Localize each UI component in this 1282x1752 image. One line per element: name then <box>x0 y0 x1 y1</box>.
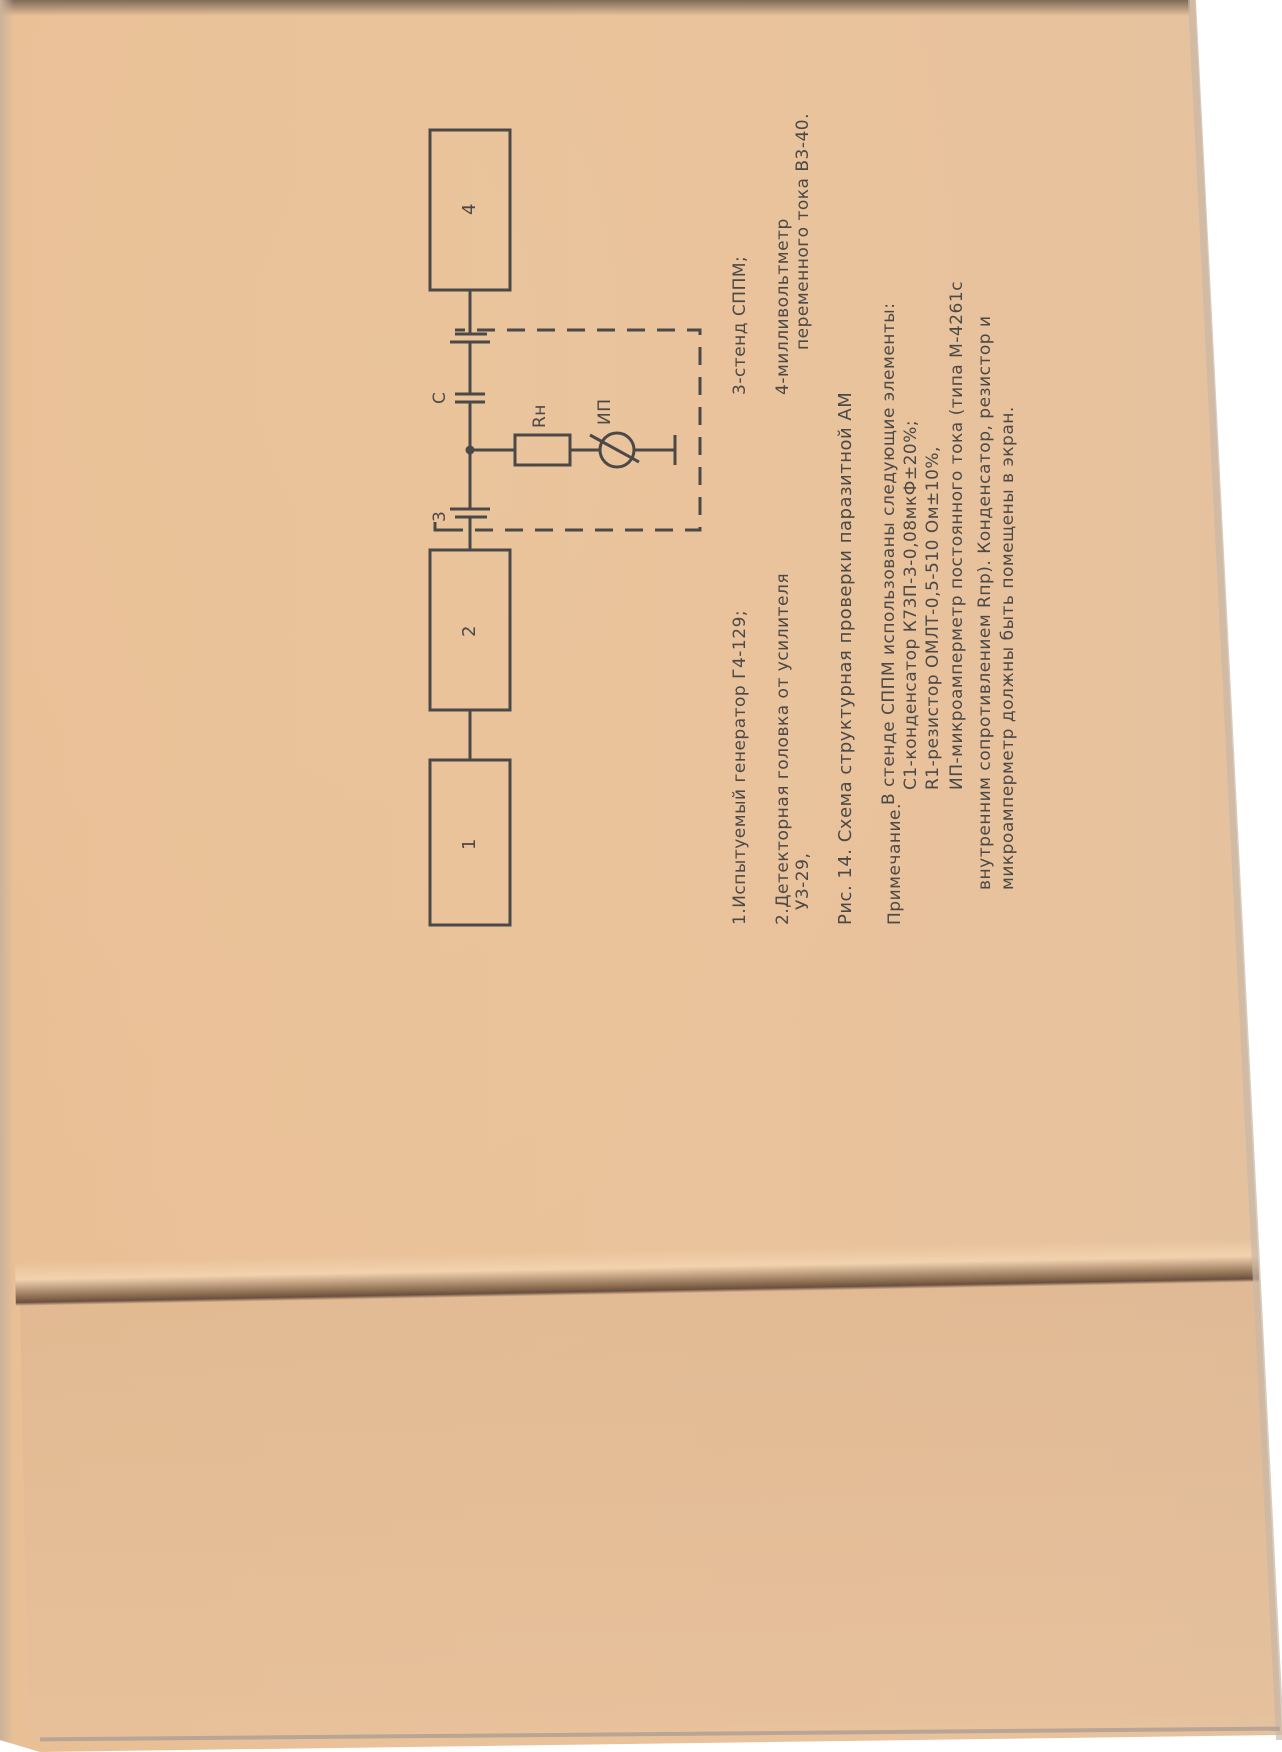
resistor-rh <box>515 435 570 465</box>
block-2-label: 2 <box>459 625 480 637</box>
legend-item-2-line1: 2.Детекторная головка от усилителя <box>773 573 793 925</box>
stand-label: 3 <box>430 511 450 522</box>
figure-caption: Рис. 14. Схема структурная проверки пара… <box>835 392 856 925</box>
rotated-page-content: 1 2 4 3 C Rн ИП 1.Испытуемый генератор Г… <box>395 70 1195 1050</box>
legend-item-4-line1: 4-милливольтметр <box>773 218 793 395</box>
note-line-3: R1-резистор ОМЛТ-0,5-510 Ом±10%, <box>923 446 943 790</box>
lower-page-half <box>20 1276 1282 1740</box>
legend-item-4-line2: переменного тока В3-40. <box>793 113 813 350</box>
note-line-2: С1-конденсатор К73П-3-0,08мкФ±20%; <box>901 420 921 790</box>
page-top-shadow <box>0 0 1190 16</box>
legend-item-2-line2: У3-29, <box>793 853 813 910</box>
legend-item-3: 3-стенд СППМ; <box>730 256 750 395</box>
note-line-5: внутренним сопротивлением Rпр). Конденса… <box>975 315 995 890</box>
block-diagram: 1 2 4 3 C Rн ИП <box>395 70 815 1050</box>
block-1-label: 1 <box>459 838 480 850</box>
note-line-4: ИП-микроамперметр постоянного тока (типа… <box>947 281 967 790</box>
note-heading: Примечание. <box>885 803 905 925</box>
page-left-edge <box>0 0 14 1752</box>
legend-item-1: 1.Испытуемый генератор Г4-129; <box>730 610 750 925</box>
meter-label: ИП <box>595 399 615 426</box>
schematic-svg <box>395 70 815 1050</box>
note-line-6: микроамперметр должны быть помещены в эк… <box>998 406 1018 890</box>
note-line-1: В стенде СППМ использованы следующие эле… <box>879 303 899 805</box>
resistor-label: Rн <box>530 404 550 428</box>
capacitor-label: C <box>430 392 450 404</box>
block-4-label: 4 <box>459 203 480 215</box>
